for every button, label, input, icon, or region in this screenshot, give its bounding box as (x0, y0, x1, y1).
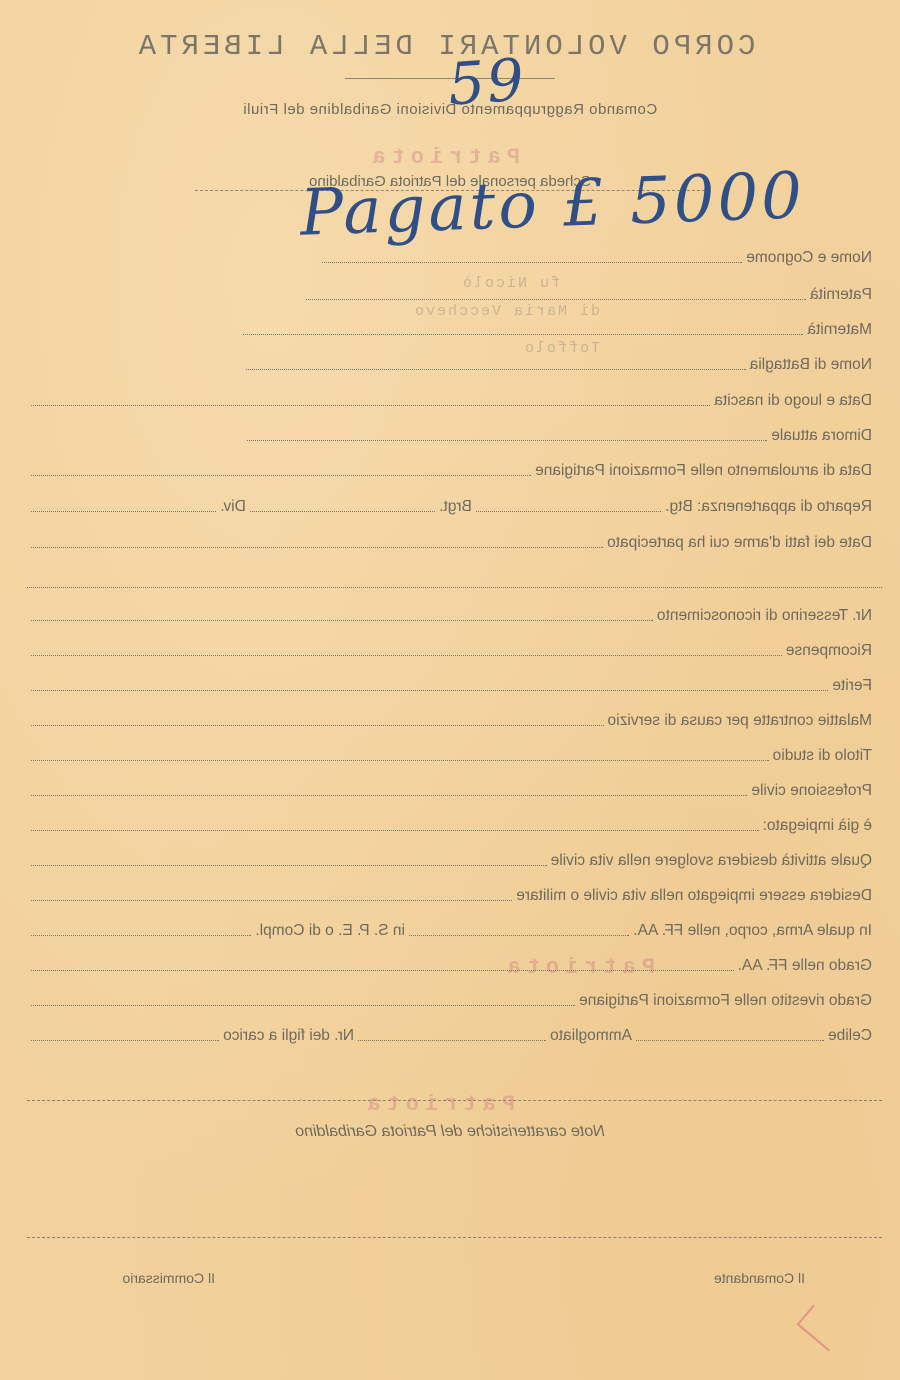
field-line (31, 404, 710, 406)
field-line (636, 1039, 824, 1041)
field-maternita: Maternità (27, 317, 872, 339)
field-reparto: Reparto di appartenenza: Btg. Brgt. Div. (27, 494, 872, 516)
field-data-nascita: Data e luogo di nascita (27, 388, 872, 410)
field-stato-civile: Celibe Ammogliato Nr. dei figli a carico (27, 1023, 872, 1045)
blank-line (27, 587, 882, 588)
signature-commissar-label: Il Commissario (122, 1270, 215, 1286)
field-line (476, 510, 661, 512)
field-ferite: Ferite (27, 673, 872, 695)
field-malattie: Malattie contratte per causa di servizio (27, 708, 872, 730)
stamp-patriota: Patriota (501, 955, 655, 980)
field-grado-ffaa: Grado nelle FF. AA. (27, 953, 872, 975)
field-line (31, 934, 251, 936)
handwritten-number: 59 (446, 45, 528, 118)
field-nome-battaglia: Nome di Battaglia (27, 352, 872, 374)
field-line (31, 474, 531, 476)
field-line (306, 298, 806, 300)
field-line (243, 333, 803, 335)
field-line (31, 829, 759, 831)
field-line (409, 934, 629, 936)
notes-title: Note caratteristiche del Patriota Gariba… (190, 1123, 710, 1141)
field-line (247, 439, 767, 441)
field-line (31, 1004, 575, 1006)
field-impiego: Desidera essere impiegato nella vita civ… (27, 883, 872, 905)
field-titolo-studio: Titolo di studio (27, 743, 872, 765)
field-gia-impiegato: è già impiegato: (27, 813, 872, 835)
field-tesserino: Nr. Tesserino di riconoscimento (27, 603, 872, 625)
stamp-patriota: Patriota (361, 1092, 515, 1117)
field-ricompense: Ricompense (27, 638, 872, 660)
field-line (31, 1039, 219, 1041)
field-line (246, 368, 746, 370)
document-title: CORPO VOLONTARI DELLA LIBERTA (45, 30, 845, 63)
field-line (31, 899, 512, 901)
field-line (31, 510, 216, 512)
field-line (250, 510, 435, 512)
field-line (31, 654, 782, 656)
field-line (31, 546, 603, 548)
field-grado-partigiano: Grado rivestito nelle Formazioni Partigi… (27, 988, 872, 1010)
stamp-patriota: Patriota (366, 145, 520, 170)
field-dimora: Dimora attuale (27, 423, 872, 445)
field-line (358, 1039, 546, 1041)
field-line (322, 261, 742, 263)
field-fatti-arme: Date dei fatti d'arme cui ha partecipato (27, 530, 872, 552)
field-arma-corpo: In quale Arma, corpo, nelle FF. AA. in S… (27, 918, 872, 940)
field-professione: Professione civile (27, 778, 872, 800)
field-line (31, 864, 547, 866)
field-line (31, 724, 604, 726)
field-line (31, 759, 769, 761)
field-line (31, 794, 747, 796)
section-divider (27, 1237, 882, 1238)
field-attivita-civile: Quale attività desidera svolgere nella v… (27, 848, 872, 870)
field-paternita: Paternità (27, 282, 872, 304)
field-nome-cognome: Nome e Cognome (27, 245, 872, 267)
field-data-arruolamento: Data di arruolamento nelle Formazioni Pa… (27, 458, 872, 480)
field-line (31, 689, 828, 691)
field-line (31, 619, 653, 621)
signature-commander-label: Il Comandante (714, 1270, 805, 1286)
